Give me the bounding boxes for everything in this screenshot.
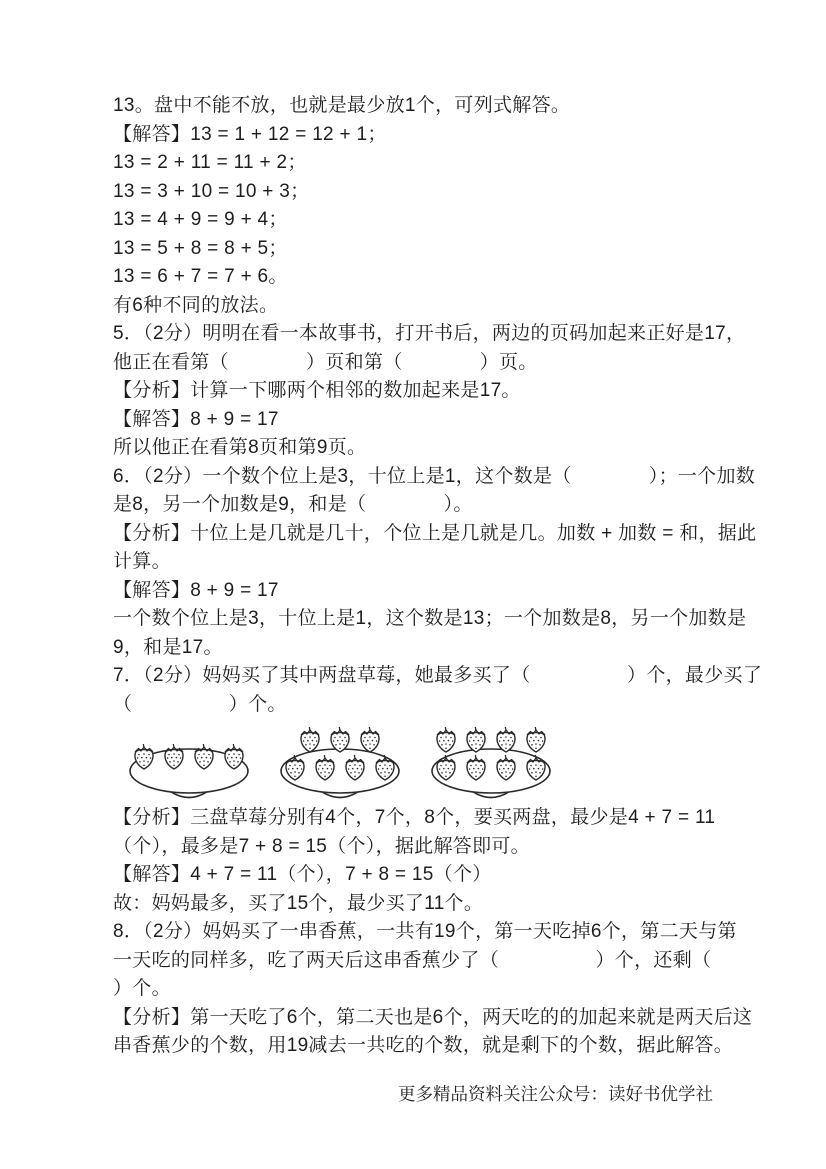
answer13-solution-line: 13 = 6 + 7 = 7 + 6。 xyxy=(113,263,713,292)
question7-conclusion-line: 故：妈妈最多，买了15个，最少买了11个。 xyxy=(113,890,713,919)
strawberry-plate-4 xyxy=(127,719,252,804)
answer13-conclusion-line: 有6种不同的放法。 xyxy=(113,292,713,321)
question6-solution-line: 【解答】8 + 9 = 17 xyxy=(113,577,713,606)
answer13-solution-line: 【解答】13 = 1 + 12 = 12 + 1； xyxy=(113,121,713,150)
question7-solution-line: 【解答】4 + 7 = 11（个），7 + 8 = 15（个） xyxy=(113,861,713,890)
document-body: 13。盘中不能不放，也就是最少放1个，可列式解答。 【解答】13 = 1 + 1… xyxy=(113,92,713,1061)
question6-text-line: 是8，另一个加数是9，和是（ ）。 xyxy=(113,491,713,520)
question6-analysis-line: 【分析】十位上是几就是几十，个位上是几就是几。加数 + 加数 = 和，据此 xyxy=(113,520,713,549)
answer13-solution-line: 13 = 2 + 11 = 11 + 2； xyxy=(113,149,713,178)
question8-text-line: 8．（2分）妈妈买了一串香蕉，一共有19个，第一天吃掉6个，第二天与第 xyxy=(113,918,713,947)
question7-analysis-line: （个），最多是7 + 8 = 15（个），据此解答即可。 xyxy=(113,833,713,862)
question5-text-line: 5．（2分）明明在看一本故事书，打开书后，两边的页码加起来正好是17， xyxy=(113,320,713,349)
question8-analysis-line: 串香蕉少的个数，用19减去一共吃的个数，就是剩下的个数，据此解答。 xyxy=(113,1032,713,1061)
strawberry-plate-8 xyxy=(429,719,554,804)
question6-conclusion-line: 9，和是17。 xyxy=(113,634,713,663)
answer13-solution-line: 13 = 3 + 10 = 10 + 3； xyxy=(113,178,713,207)
question5-solution-line: 【解答】8 + 9 = 17 xyxy=(113,406,713,435)
worksheet-page: 13。盘中不能不放，也就是最少放1个，可列式解答。 【解答】13 = 1 + 1… xyxy=(0,0,826,1169)
strawberry-plates-figure xyxy=(113,719,713,804)
question8-text-line: 一天吃的同样多，吃了两天后这串香蕉少了（ ）个，还剩（ xyxy=(113,947,713,976)
question7-text-line: （ ）个。 xyxy=(113,691,713,720)
answer13-solution-line: 13 = 4 + 9 = 9 + 4； xyxy=(113,206,713,235)
footer-promo-text: 更多精品资料关注公众号：读好书优学社 xyxy=(113,1083,713,1105)
question5-analysis-line: 【分析】计算一下哪两个相邻的数加起来是17。 xyxy=(113,377,713,406)
answer13-solution-line: 13 = 5 + 8 = 8 + 5； xyxy=(113,235,713,264)
question6-text-line: 6．（2分）一个数个位上是3，十位上是1，这个数是（ ）；一个加数 xyxy=(113,463,713,492)
answer13-line: 13。盘中不能不放，也就是最少放1个，可列式解答。 xyxy=(113,92,713,121)
question5-conclusion-line: 所以他正在看第8页和第9页。 xyxy=(113,434,713,463)
question7-analysis-line: 【分析】三盘草莓分别有4个，7个，8个，要买两盘，最少是4 + 7 = 11 xyxy=(113,804,713,833)
question5-text-line: 他正在看第（ ）页和第（ ）页。 xyxy=(113,349,713,378)
question8-analysis-line: 【分析】第一天吃了6个，第二天也是6个，两天吃的的加起来就是两天后这 xyxy=(113,1004,713,1033)
strawberry-plate-7 xyxy=(278,719,403,804)
question6-conclusion-line: 一个数个位上是3，十位上是1，这个数是13；一个加数是8，另一个加数是 xyxy=(113,605,713,634)
question7-text-line: 7．（2分）妈妈买了其中两盘草莓，她最多买了（ ）个，最少买了 xyxy=(113,662,713,691)
question8-text-line: ）个。 xyxy=(113,975,713,1004)
question6-analysis-line: 计算。 xyxy=(113,548,713,577)
